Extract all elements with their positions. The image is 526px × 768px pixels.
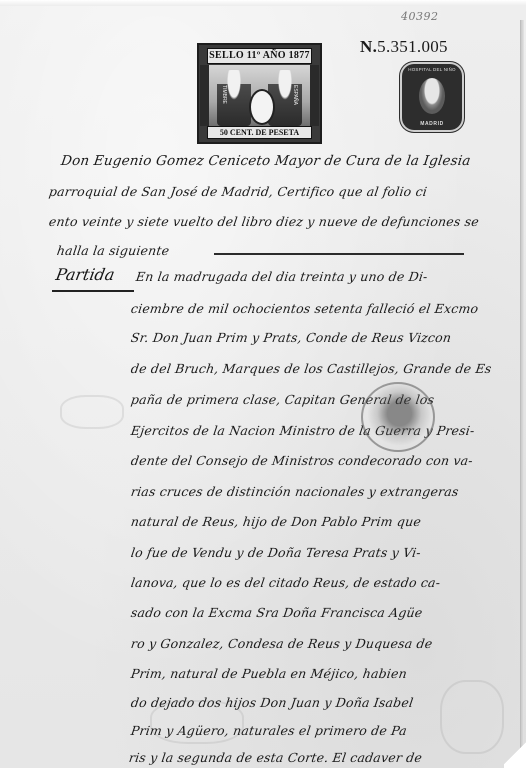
partida-underline bbox=[52, 290, 134, 292]
stamp-side-text: TIMBRE bbox=[221, 85, 227, 104]
page-top-edge bbox=[0, 0, 526, 6]
fiscal-stamp: TIMBRE ESPAÑA SELLO 11º AÑO 1877 50 CENT… bbox=[197, 43, 322, 144]
portrait-stamp-top-text: HOSPITAL DEL NIÑO bbox=[406, 67, 458, 72]
body-line: Prim y Agüero, naturales el primero de P… bbox=[130, 723, 408, 738]
body-line: ris y la segunda de esta Corte. El cadav… bbox=[128, 750, 423, 765]
header-end-rule bbox=[214, 253, 464, 255]
body-line: lo fue de Vendu y de Doña Teresa Prats y… bbox=[130, 545, 422, 560]
archive-number: 40392 bbox=[401, 10, 439, 23]
partida-label: Partida bbox=[54, 265, 116, 284]
portrait-revenue-stamp: HOSPITAL DEL NIÑO MADRID bbox=[402, 64, 462, 130]
portrait-face-icon bbox=[419, 78, 445, 114]
serial-prefix: N. bbox=[360, 37, 377, 56]
body-line: ro y Gonzalez, Condesa de Reus y Duquesa… bbox=[130, 636, 434, 651]
bleed-through-mark bbox=[60, 395, 124, 429]
body-line: sado con la Excma Sra Doña Francisca Agü… bbox=[130, 605, 424, 620]
header-line: Don Eugenio Gomez Ceniceto Mayor de Cura… bbox=[60, 153, 472, 169]
body-line: En la madrugada del dia treinta y uno de… bbox=[135, 269, 429, 284]
stamp-pillar-icon bbox=[200, 65, 209, 126]
header-line: parroquial de San José de Madrid, Certif… bbox=[48, 184, 428, 199]
body-line: dente del Consejo de Ministros condecora… bbox=[130, 453, 474, 468]
body-line: de del Bruch, Marques de los Castillejos… bbox=[130, 361, 493, 376]
body-line: rias cruces de distinción nacionales y e… bbox=[130, 484, 460, 499]
serial-number: N.5.351.005 bbox=[360, 37, 448, 57]
serial-value: 5.351.005 bbox=[377, 37, 448, 56]
stamp-oval-cartouche-icon bbox=[249, 89, 275, 125]
bleed-through-mark bbox=[440, 680, 504, 754]
stamp-bottom-text: 50 CENT. DE PESETA bbox=[207, 126, 312, 139]
parish-seal-icon bbox=[361, 382, 435, 452]
page-right-edge bbox=[520, 20, 524, 760]
body-line: lanova, que lo es del citado Reus, de es… bbox=[130, 575, 441, 590]
document-page: 40392 N.5.351.005 TIMBRE ESPAÑA SELLO 11… bbox=[0, 0, 526, 768]
body-line: Sr. Don Juan Prim y Prats, Conde de Reus… bbox=[130, 330, 452, 345]
portrait-stamp-bottom-text: MADRID bbox=[406, 121, 458, 127]
body-line: ciembre de mil ochocientos setenta falle… bbox=[130, 301, 479, 316]
page-corner-fold bbox=[504, 738, 526, 768]
body-line: do dejado dos hijos Don Juan y Doña Isab… bbox=[130, 695, 414, 710]
header-line: halla la siguiente bbox=[56, 243, 170, 258]
stamp-top-text: SELLO 11º AÑO 1877 bbox=[207, 48, 312, 64]
body-line: natural de Reus, hijo de Don Pablo Prim … bbox=[130, 514, 422, 529]
stamp-side-text: ESPAÑA bbox=[292, 85, 298, 105]
body-line: Prim, natural de Puebla en Méjico, habie… bbox=[130, 666, 408, 681]
stamp-pillar-icon bbox=[310, 65, 319, 126]
header-line: ento veinte y siete vuelto del libro die… bbox=[48, 214, 480, 229]
